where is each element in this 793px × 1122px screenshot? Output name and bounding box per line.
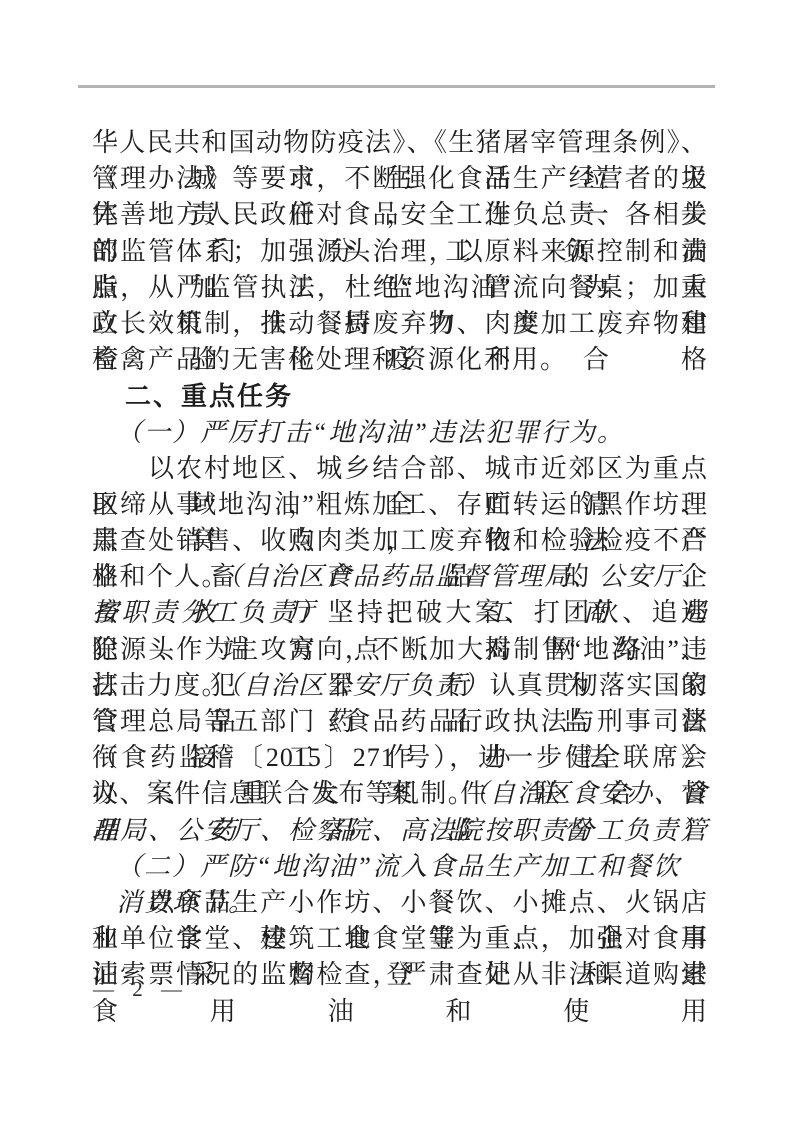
text-segment: 畜禽产品的无害化处理和资源化利用。	[92, 345, 568, 374]
page-number: — 2 —	[93, 975, 182, 1003]
text-line: 业单位食堂、建筑工地食堂等为重点，加强对食用油采购登记和索	[92, 921, 708, 957]
text-segment: 业和个人。	[92, 562, 229, 591]
document-body: 华人民共和国动物防疫法》、《生猪屠宰管理条例》、《城市生活垃圾管理办法》等要求，…	[92, 125, 708, 994]
text-line: 以食品生产小作坊、小餐饮、小摊点、火锅店和学校食堂、企事	[92, 885, 708, 921]
section-heading: 二、重点任务	[125, 378, 708, 414]
text-segment: 办、案件信息联合发布等机制。	[92, 779, 475, 808]
document-page: 华人民共和国动物防疫法》、《生猪屠宰管理条例》、《城市生活垃圾管理办法》等要求，…	[0, 0, 793, 1122]
item-heading: （一）严厉打击“地沟油”违法犯罪行为。	[116, 415, 708, 451]
text-line: 点，从严监管执法，杜绝“地沟油”流向餐桌；加大政策扶持力度，建	[92, 270, 708, 306]
text-line: 的监管体系；加强源头治理，以原料来源控制和油脂加工监管为重	[92, 234, 708, 270]
text-segment: 按职责分工负责）	[92, 598, 328, 627]
text-line: （食药监稽〔2015〕271 号），进一步健全联席会议、重大案件联合督	[92, 740, 708, 776]
item-heading: （二）严防“地沟油”流入食品生产加工和餐饮消费环节。	[116, 849, 708, 885]
header-rule	[78, 85, 715, 88]
text-segment: （一）严厉打击“地沟油”违法犯罪行为。	[116, 418, 625, 447]
text-line: 打击力度。（自治区公安厅负责）认真贯彻落实国家食品药品监督	[92, 668, 708, 704]
text-line: 办、案件信息联合发布等机制。（自治区食安办、食品药品监督管	[92, 776, 708, 812]
text-line: 立长效机制，推动餐厨废弃物、肉类加工废弃物和检验检疫不合格	[92, 306, 708, 342]
text-line: 管理办法》等要求，不断强化食品生产经营者的主体责任，进一步	[92, 161, 708, 197]
text-line: 按职责分工负责）坚持把破大案、打团伙、追逃犯、端窝点、捣网络、	[92, 595, 708, 631]
text-line: 业和个人。（自治区食品药品监督管理局、公安厅、畜牧厅、工商局	[92, 559, 708, 595]
text-line: 理局、公安厅、检察院、高法院按职责分工负责）	[92, 813, 708, 849]
text-segment: 理局、公安厅、检察院、高法院按职责分工负责）	[92, 816, 708, 845]
text-segment: 打击力度。	[92, 671, 229, 700]
text-line: 以农村地区、城乡结合部、城市近郊区为重点区域，全面清理	[92, 451, 708, 487]
text-segment: 证索票情况的监督检查，严肃查处从非法渠道购进食用油和使用	[92, 960, 708, 1025]
text-line: 肃查处销售、收购肉类加工废弃物和检验检疫不合格畜产品的企	[92, 523, 708, 559]
text-segment: （自治区公安厅负责）	[229, 671, 490, 700]
text-line: 取缔从事“地沟油”粗炼加工、存贮转运的黑作坊、黑窝点，依法严	[92, 487, 708, 523]
text-line: 华人民共和国动物防疫法》、《生猪屠宰管理条例》、《城市生活垃圾	[92, 125, 708, 161]
text-line: 证索票情况的监督检查，严肃查处从非法渠道购进食用油和使用	[92, 957, 708, 993]
text-line: 完善地方人民政府对食品安全工作负总责、各相关部门分工负责	[92, 197, 708, 233]
text-segment: 二、重点任务	[125, 381, 293, 411]
text-line: 管理总局等五部门《食品药品行政执法与刑事司法衔接工作办法》	[92, 704, 708, 740]
text-line: 除源头作为主攻方向，不断加大对制售“地沟油”违法犯罪行为的	[92, 632, 708, 668]
